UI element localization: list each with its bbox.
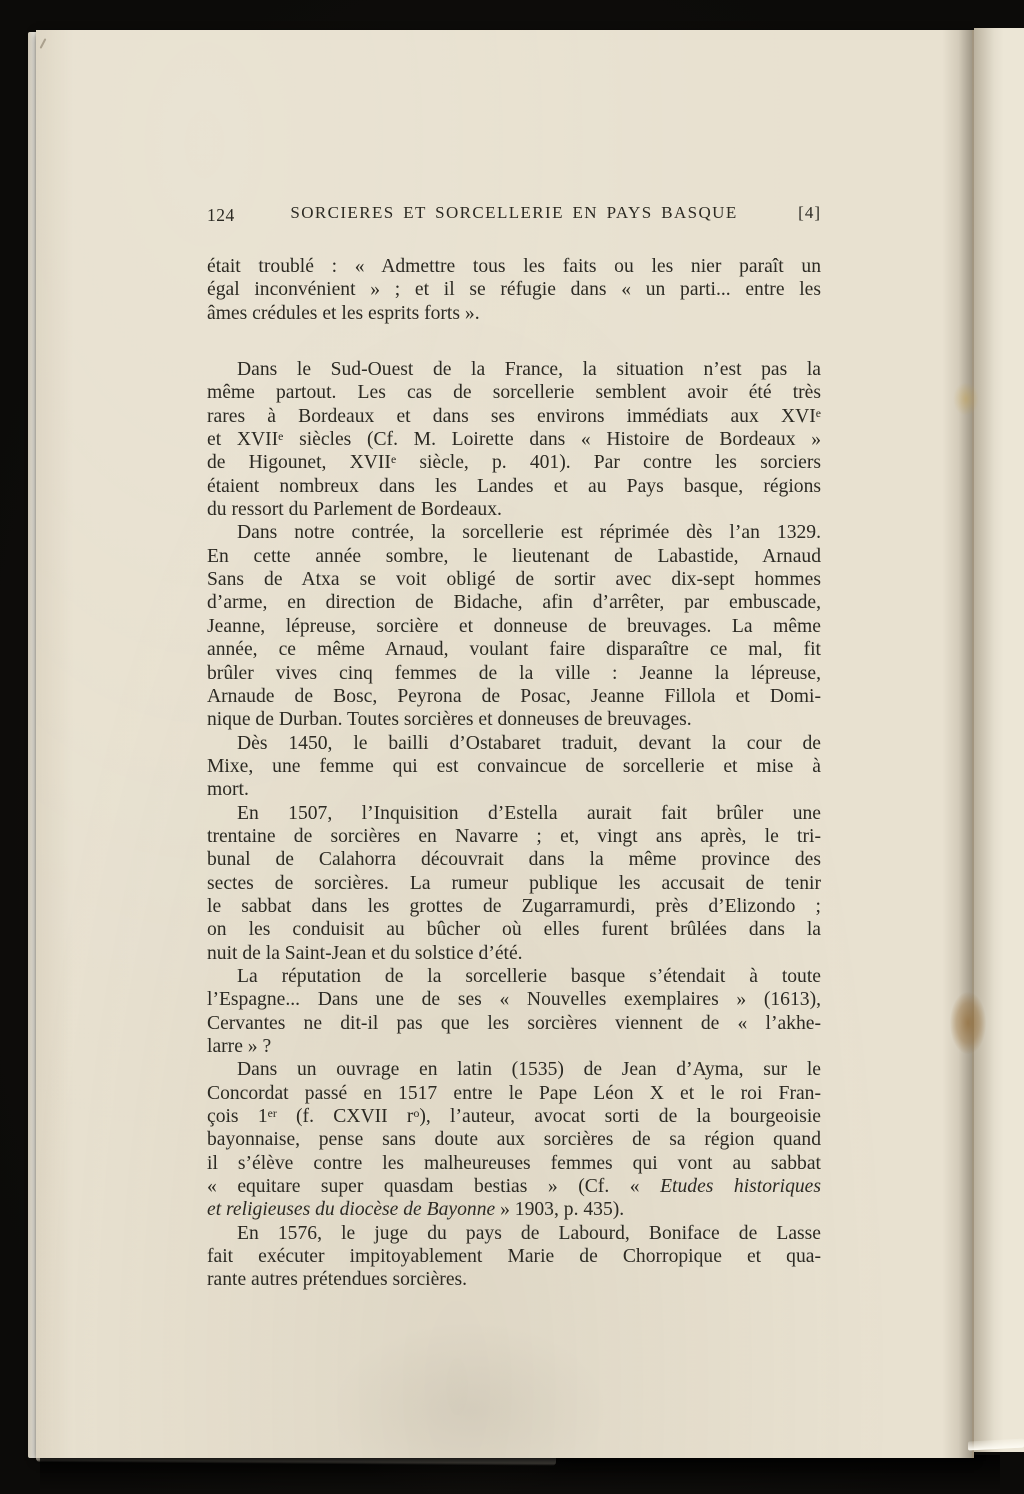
text-segment: âmes crédules et les esprits forts ». xyxy=(207,303,480,324)
text-line: du ressort du Parlement de Bordeaux. xyxy=(207,498,821,521)
text-line: brûler vives cinq femmes de la ville : J… xyxy=(207,662,821,685)
paragraph: Dans un ouvrage en latin (1535) de Jean … xyxy=(207,1058,821,1221)
text-line: trentaine de sorcières en Navarre ; et, … xyxy=(207,825,821,848)
text-segment: brûler vives cinq femmes de la ville : J… xyxy=(207,663,821,684)
text-segment: En 1576, le juge du pays de Labourd, Bon… xyxy=(237,1223,821,1244)
superscript-text: e xyxy=(816,407,821,420)
text-line: même partout. Les cas de sorcellerie sem… xyxy=(207,381,821,404)
text-segment: mort. xyxy=(207,779,249,800)
text-segment: La réputation de la sorcellerie basque s… xyxy=(237,966,821,987)
superscript-text: e xyxy=(278,430,283,443)
paragraph: Dès 1450, le bailli d’Ostabaret traduit,… xyxy=(207,732,821,802)
text-segment: et XVII xyxy=(207,429,278,450)
text-segment: le sabbat dans les grottes de Zugarramur… xyxy=(207,896,821,917)
text-line: étaient nombreux dans les Landes et au P… xyxy=(207,475,821,498)
text-line: « equitare super quasdam bestias » (Cf. … xyxy=(207,1175,821,1198)
text-line: sectes de sorcières. La rumeur publique … xyxy=(207,872,821,895)
text-segment: rante autres prétendues sorcières. xyxy=(207,1269,467,1290)
text-segment: Concordat passé en 1517 entre le Pape Lé… xyxy=(207,1083,821,1104)
text-segment: Mixe, une femme qui est convaincue de so… xyxy=(207,756,821,777)
folio-number: [4] xyxy=(798,203,821,223)
text-segment: Arnaude de Bosc, Peyrona de Posac, Jeann… xyxy=(207,686,821,707)
page-number: 124 xyxy=(207,205,235,226)
text-line: bayonnaise, pense sans doute aux sorcièr… xyxy=(207,1128,821,1151)
text-segment: siècle, p. 401). Par contre les sorciers xyxy=(396,452,821,473)
text-line: La réputation de la sorcellerie basque s… xyxy=(207,965,821,988)
running-header: 124 SORCIERES ET SORCELLERIE EN PAYS BAS… xyxy=(207,203,821,229)
book-page: 124 SORCIERES ET SORCELLERIE EN PAYS BAS… xyxy=(36,30,974,1458)
text-line: égal inconvénient » ; et il se réfugie d… xyxy=(207,278,821,301)
text-segment: de Higounet, XVII xyxy=(207,452,391,473)
text-segment: même partout. Les cas de sorcellerie sem… xyxy=(207,382,821,403)
text-line: Dans le Sud-Ouest de la France, la situa… xyxy=(207,358,821,381)
paragraph: En 1576, le juge du pays de Labourd, Bon… xyxy=(207,1222,821,1292)
text-segment: » 1903, p. 435). xyxy=(495,1199,624,1220)
text-line: Dès 1450, le bailli d’Ostabaret traduit,… xyxy=(207,732,821,755)
text-line: rares à Bordeaux et dans ses environs im… xyxy=(207,405,821,428)
text-segment: Cervantes ne dit-il pas que les sorcière… xyxy=(207,1013,821,1034)
text-segment: sectes de sorcières. La rumeur publique … xyxy=(207,873,821,894)
text-segment: (f. CXVII r xyxy=(277,1106,414,1127)
text-line: Cervantes ne dit-il pas que les sorcière… xyxy=(207,1012,821,1035)
text-segment: l’Espagne... Dans une de ses « Nouvelles… xyxy=(207,989,821,1010)
text-line: bunal de Calahorra découvrait dans la mê… xyxy=(207,848,821,871)
next-page-edge xyxy=(974,28,1024,1452)
text-segment: année, ce même Arnaud, voulant faire dis… xyxy=(207,639,821,660)
paragraph: était troublé : « Admettre tous les fait… xyxy=(207,255,821,325)
text-line: rante autres prétendues sorcières. xyxy=(207,1268,821,1291)
paragraph: La réputation de la sorcellerie basque s… xyxy=(207,965,821,1058)
text-segment: Jeanne, lépreuse, sorcière et donneuse d… xyxy=(207,616,821,637)
text-line: on les conduisit au bûcher où elles fure… xyxy=(207,918,821,941)
text-line: mort. xyxy=(207,778,821,801)
text-line: et XVIIe siècles (Cf. M. Loirette dans «… xyxy=(207,428,821,451)
text-line: Dans notre contrée, la sorcellerie est r… xyxy=(207,521,821,544)
text-segment: bayonnaise, pense sans doute aux sorcièr… xyxy=(207,1129,821,1150)
paragraph: Dans le Sud-Ouest de la France, la situa… xyxy=(207,358,821,521)
text-segment: était troublé : « Admettre tous les fait… xyxy=(207,256,821,277)
text-line: le sabbat dans les grottes de Zugarramur… xyxy=(207,895,821,918)
superscript-text: o xyxy=(413,1107,419,1120)
text-segment: Dans un ouvrage en latin (1535) de Jean … xyxy=(237,1059,821,1080)
text-line: était troublé : « Admettre tous les fait… xyxy=(207,255,821,278)
paragraph: En 1507, l’Inquisition d’Estella aurait … xyxy=(207,802,821,965)
text-line: de Higounet, XVIIe siècle, p. 401). Par … xyxy=(207,451,821,474)
text-segment: bunal de Calahorra découvrait dans la mê… xyxy=(207,849,821,870)
text-line: l’Espagne... Dans une de ses « Nouvelles… xyxy=(207,988,821,1011)
text-segment: siècles (Cf. M. Loirette dans « Histoire… xyxy=(283,429,821,450)
corner-crease-mark xyxy=(40,38,47,49)
text-line: Jeanne, lépreuse, sorcière et donneuse d… xyxy=(207,615,821,638)
superscript-text: e xyxy=(391,453,396,466)
book-scan-root: { "colors": { "background": "#0c0b09", "… xyxy=(0,0,1024,1494)
stain-large xyxy=(950,992,986,1054)
text-line: Concordat passé en 1517 entre le Pape Lé… xyxy=(207,1082,821,1105)
text-segment: nuit de la Saint-Jean et du solstice d’é… xyxy=(207,943,523,964)
italic-text: Etudes historiques xyxy=(660,1176,821,1197)
text-line: âmes crédules et les esprits forts ». xyxy=(207,302,821,325)
text-segment: Dans le Sud-Ouest de la France, la situa… xyxy=(237,359,821,380)
running-title: SORCIERES ET SORCELLERIE EN PAYS BASQUE xyxy=(290,203,737,223)
text-line: et religieuses du diocèse de Bayonne » 1… xyxy=(207,1198,821,1221)
body-text: était troublé : « Admettre tous les fait… xyxy=(207,255,821,1292)
text-segment: En cette année sombre, le lieutenant de … xyxy=(207,546,821,567)
paper-smudge xyxy=(330,1320,610,1494)
text-segment: il s’élève contre les malheureuses femme… xyxy=(207,1153,821,1174)
paragraph: Dans notre contrée, la sorcellerie est r… xyxy=(207,521,821,731)
text-line: En 1576, le juge du pays de Labourd, Bon… xyxy=(207,1222,821,1245)
stain-small xyxy=(953,382,979,416)
text-segment: En 1507, l’Inquisition d’Estella aurait … xyxy=(237,803,821,824)
text-segment: larre » ? xyxy=(207,1036,271,1057)
text-line: Dans un ouvrage en latin (1535) de Jean … xyxy=(207,1058,821,1081)
text-segment: « equitare super quasdam bestias » (Cf. … xyxy=(207,1176,660,1197)
page-content: 124 SORCIERES ET SORCELLERIE EN PAYS BAS… xyxy=(207,203,821,1292)
text-segment: d’arme, en direction de Bidache, afin d’… xyxy=(207,592,821,613)
text-line: année, ce même Arnaud, voulant faire dis… xyxy=(207,638,821,661)
text-segment: rares à Bordeaux et dans ses environs im… xyxy=(207,406,816,427)
text-segment: Dès 1450, le bailli d’Ostabaret traduit,… xyxy=(237,733,821,754)
text-segment: étaient nombreux dans les Landes et au P… xyxy=(207,476,821,497)
text-line: çois 1er (f. CXVII ro), l’auteur, avocat… xyxy=(207,1105,821,1128)
text-line: Mixe, une femme qui est convaincue de so… xyxy=(207,755,821,778)
text-line: il s’élève contre les malheureuses femme… xyxy=(207,1152,821,1175)
text-line: larre » ? xyxy=(207,1035,821,1058)
text-line: En cette année sombre, le lieutenant de … xyxy=(207,545,821,568)
text-segment: ), l’auteur, avocat sorti de la bourgeoi… xyxy=(419,1106,821,1127)
text-segment: Dans notre contrée, la sorcellerie est r… xyxy=(237,522,821,543)
text-line: fait exécuter impitoyablement Marie de C… xyxy=(207,1245,821,1268)
text-line: En 1507, l’Inquisition d’Estella aurait … xyxy=(207,802,821,825)
text-segment: du ressort du Parlement de Bordeaux. xyxy=(207,499,502,520)
superscript-text: er xyxy=(268,1107,277,1120)
gutter-shadow xyxy=(942,30,972,1458)
text-segment: fait exécuter impitoyablement Marie de C… xyxy=(207,1246,821,1267)
text-segment: on les conduisit au bûcher où elles fure… xyxy=(207,919,821,940)
text-line: nique de Durban. Toutes sorcières et don… xyxy=(207,708,821,731)
text-line: Sans de Atxa se voit obligé de sortir av… xyxy=(207,568,821,591)
italic-text: et religieuses du diocèse de Bayonne xyxy=(207,1199,495,1220)
text-segment: nique de Durban. Toutes sorcières et don… xyxy=(207,709,692,730)
text-line: Arnaude de Bosc, Peyrona de Posac, Jeann… xyxy=(207,685,821,708)
text-segment: égal inconvénient » ; et il se réfugie d… xyxy=(207,279,821,300)
text-line: d’arme, en direction de Bidache, afin d’… xyxy=(207,591,821,614)
text-line: nuit de la Saint-Jean et du solstice d’é… xyxy=(207,942,821,965)
text-segment: Sans de Atxa se voit obligé de sortir av… xyxy=(207,569,821,590)
text-segment: trentaine de sorcières en Navarre ; et, … xyxy=(207,826,821,847)
text-segment: çois 1 xyxy=(207,1106,268,1127)
